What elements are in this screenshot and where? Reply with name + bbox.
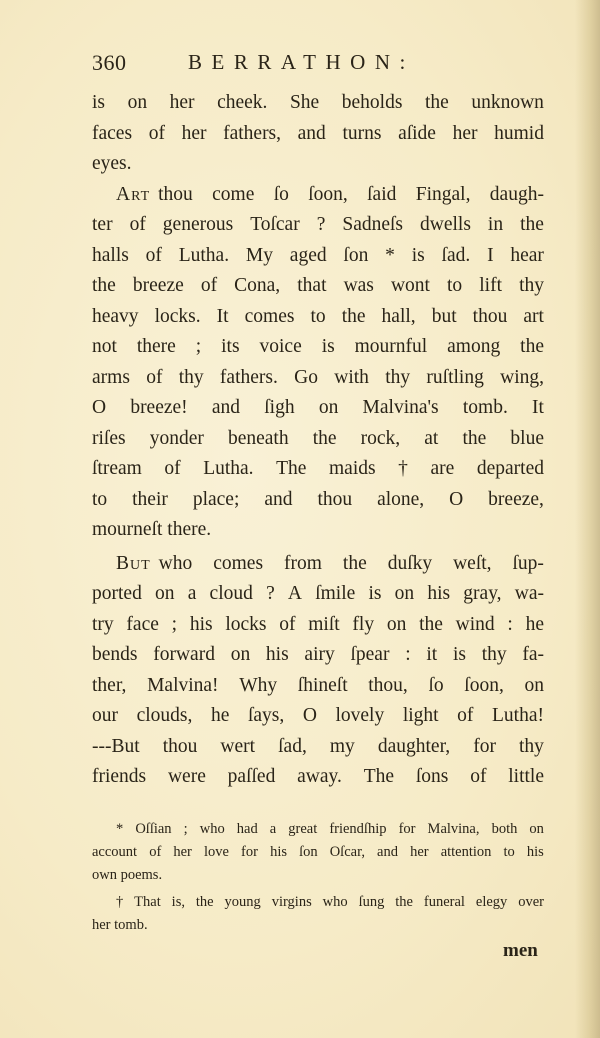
word: great (288, 818, 317, 841)
word: Oſcar, (330, 841, 365, 864)
word: her (173, 841, 192, 864)
word: ſoon, (464, 671, 504, 702)
word: A (288, 579, 302, 610)
running-title: BERRATHON: (188, 50, 415, 75)
word: little (508, 762, 544, 793)
word: of (457, 701, 473, 732)
word: were (168, 762, 206, 793)
word: to (447, 271, 462, 302)
word: both (492, 818, 518, 841)
word: her (410, 841, 429, 864)
word: ; (172, 610, 177, 641)
word: ? (266, 579, 275, 610)
text-line: ther,Malvina!Whyſhineſtthou,ſoſoon,on (92, 671, 544, 702)
word: mournful (355, 332, 428, 363)
word: locks. (155, 302, 201, 333)
word: wing, (500, 363, 544, 394)
word: O (303, 701, 317, 732)
word: miſt (308, 610, 339, 641)
word: among (447, 332, 500, 363)
word: away. (297, 762, 342, 793)
text-line: Obreeze!andſighonMalvina'stomb.It (92, 393, 544, 424)
word: over (518, 891, 544, 914)
word: elegy (476, 891, 507, 914)
body-text: isonhercheek.Shebeholdstheunknown faceso… (92, 88, 544, 793)
word: and (298, 119, 326, 150)
word: fathers. (220, 363, 278, 394)
text-line: tryface;hislocksofmiſtflyonthewind:he (92, 610, 544, 641)
word: ſmile (315, 579, 355, 610)
word: his (527, 841, 544, 864)
word: arms (92, 363, 130, 394)
word: * (116, 818, 123, 841)
word: tomb. (463, 393, 508, 424)
word: her (170, 88, 195, 119)
text-line: hallsofLutha.Myagedſon*isſad.Ihear (92, 241, 544, 272)
word: light (403, 701, 439, 732)
word: Why (239, 671, 277, 702)
text-line: thebreezeofCona,thatwaswonttoliftthy (92, 271, 544, 302)
word: he (211, 701, 229, 732)
word: Toſcar (250, 210, 300, 241)
word: the (425, 88, 449, 119)
word: the (419, 610, 443, 641)
word: beneath (228, 424, 289, 455)
word: The (364, 762, 394, 793)
word: ; (184, 818, 188, 841)
word: maids (329, 454, 376, 485)
word: come (212, 180, 254, 211)
word: and (377, 841, 398, 864)
word: ter (92, 210, 113, 241)
word: friends (92, 762, 146, 793)
word: voice (260, 332, 302, 363)
word: wind (456, 610, 495, 641)
word: cheek. (217, 88, 267, 119)
word: the (343, 549, 367, 580)
word: locks (225, 610, 266, 641)
word: I (487, 241, 494, 272)
text-line: heavylocks.Itcomestothehall,butthouart (92, 302, 544, 333)
word: his (190, 610, 213, 641)
word: ſtream (92, 454, 142, 485)
word: gray, (463, 579, 501, 610)
text-line: ourclouds,heſays,OlovelylightofLutha! (92, 701, 544, 732)
word: comes (245, 302, 295, 333)
word: departed (477, 454, 544, 485)
word: ſon (299, 841, 318, 864)
word: ---But (92, 732, 140, 763)
word: of (130, 210, 146, 241)
text-line: friendswerepaſſedaway.Theſonsoflittle (92, 762, 544, 793)
text-line-lead: But whocomesfromtheduſkyweſt,ſup- (92, 549, 544, 580)
word: on (231, 640, 251, 671)
word: to (92, 485, 107, 516)
text-line: facesofherfathers,andturnsaſideherhumid (92, 119, 544, 150)
word: wert (220, 732, 255, 763)
word: his (270, 841, 287, 864)
paragraph-lead-word: But (116, 549, 151, 580)
word: and (264, 485, 292, 516)
word: their (132, 485, 168, 516)
word: thou (473, 302, 508, 333)
word: in (488, 210, 503, 241)
word: ſup- (513, 549, 544, 580)
word: ther, (92, 671, 126, 702)
word: Go (294, 363, 318, 394)
text-line: armsofthyfathers.Gowiththyruſtlingwing, (92, 363, 544, 394)
word: the (196, 891, 214, 914)
word: who (200, 818, 225, 841)
word: fathers, (223, 119, 281, 150)
word: on (529, 818, 544, 841)
word: his (266, 640, 289, 671)
word: hall, (382, 302, 416, 333)
word: unknown (471, 88, 544, 119)
word: on (387, 610, 407, 641)
word: halls (92, 241, 129, 272)
footnote-line: *Oſſian;whohadagreatfriendſhipforMalvina… (92, 818, 544, 841)
footnote-line: accountofherloveforhisſonOſcar,andheratt… (92, 841, 544, 864)
word: : (405, 640, 410, 671)
word: O (92, 393, 106, 424)
word: riſes (92, 424, 126, 455)
word: dwells (420, 210, 471, 241)
word: That (134, 891, 161, 914)
text-line: terofgenerousToſcar?Sadneſsdwellsinthe (92, 210, 544, 241)
word: Fingal, (416, 180, 471, 211)
word: had (237, 818, 258, 841)
word: face (126, 610, 158, 641)
word: † (398, 454, 408, 485)
word: is (453, 640, 466, 671)
word: hear (510, 241, 544, 272)
word: love (204, 841, 229, 864)
word: alone, (377, 485, 424, 516)
word: thou (158, 180, 193, 211)
word: ſad. (442, 241, 471, 272)
word: it (426, 640, 437, 671)
word: my (330, 732, 355, 763)
word: cloud (210, 579, 253, 610)
footnote-line: her tomb. (92, 914, 544, 937)
word: are (430, 454, 454, 485)
word: the (520, 210, 544, 241)
word: virgins (272, 891, 312, 914)
footnote-line: †Thatis,theyoungvirginswhoſungthefuneral… (92, 891, 544, 914)
word: on (155, 579, 175, 610)
word: Cona, (234, 271, 280, 302)
word: faces (92, 119, 132, 150)
word: the (342, 302, 366, 333)
word: for (473, 732, 496, 763)
page-number: 360 (92, 50, 127, 76)
word: thy (482, 640, 507, 671)
word: friendſhip (329, 818, 386, 841)
word: humid (494, 119, 544, 150)
word: Lutha! (492, 701, 544, 732)
word: ſad, (278, 732, 307, 763)
word: ſhineſt (298, 671, 348, 702)
word: daugh- (490, 180, 544, 211)
word: its (221, 332, 239, 363)
word: forward (153, 640, 215, 671)
word: Sadneſs (342, 210, 403, 241)
word: and (212, 393, 240, 424)
word: the (395, 891, 413, 914)
word: The (276, 454, 306, 485)
word: wa- (515, 579, 544, 610)
word: of (470, 762, 486, 793)
word: of (149, 119, 165, 150)
word: ; (196, 332, 201, 363)
text-line-rest: thoucomeſoſoon,ſaidFingal,daugh- (158, 180, 544, 211)
word: the (462, 424, 486, 455)
word: of (146, 363, 162, 394)
word: but (432, 302, 457, 333)
word: lovely (335, 701, 384, 732)
word: who (323, 891, 348, 914)
word: thy (385, 363, 410, 394)
word: thou (163, 732, 198, 763)
word: lift (479, 271, 502, 302)
catchword: men (503, 940, 538, 962)
word: blue (510, 424, 544, 455)
word: beholds (342, 88, 403, 119)
text-line: ſtreamofLutha.Themaids†aredeparted (92, 454, 544, 485)
word: paſſed (228, 762, 276, 793)
word: rock, (361, 424, 401, 455)
word: a (188, 579, 197, 610)
word: ſons (416, 762, 449, 793)
word: daughter, (378, 732, 450, 763)
word: with (334, 363, 369, 394)
word: of (164, 454, 180, 485)
footnote-line: own poems. (92, 864, 544, 887)
word: on (395, 579, 415, 610)
word: our (92, 701, 118, 732)
word: for (241, 841, 258, 864)
word: Malvina's (363, 393, 439, 424)
word: † (116, 891, 123, 914)
text-line-rest: whocomesfromtheduſkyweſt,ſup- (159, 549, 544, 580)
word: the (92, 271, 116, 302)
word: bends (92, 640, 138, 671)
word: yonder (150, 424, 204, 455)
word: ſigh (264, 393, 294, 424)
word: at (424, 424, 438, 455)
word: ſaid (367, 180, 396, 211)
word: there (137, 332, 176, 363)
word: account (92, 841, 137, 864)
text-line: riſesyonderbeneaththerock,attheblue (92, 424, 544, 455)
word: of (146, 241, 162, 272)
word: thou, (368, 671, 408, 702)
word: Lutha. (203, 454, 253, 485)
page-header: 360 BERRATHON: (92, 50, 552, 80)
word: thou (317, 485, 352, 516)
word: fa- (522, 640, 544, 671)
word: It (532, 393, 544, 424)
word: not (92, 332, 117, 363)
word: of (279, 610, 295, 641)
book-page: 360 BERRATHON: isonhercheek.Shebeholdsth… (0, 0, 600, 1038)
word: thy (519, 732, 544, 763)
word: attention (441, 841, 492, 864)
word: place; (193, 485, 240, 516)
text-line: mourneſt there. (92, 515, 544, 546)
word: airy (304, 640, 334, 671)
word: ? (317, 210, 326, 241)
text-line: totheirplace;andthoualone,Obreeze, (92, 485, 544, 516)
word: turns (342, 119, 381, 150)
word: her (453, 119, 478, 150)
word: ſpear (350, 640, 389, 671)
word: She (290, 88, 319, 119)
word: a (270, 818, 276, 841)
word: * (385, 241, 395, 272)
text-line: eyes. (92, 149, 544, 180)
word: heavy (92, 302, 139, 333)
text-line: notthere;itsvoiceismournfulamongthe (92, 332, 544, 363)
text-line: isonhercheek.Shebeholdstheunknown (92, 88, 544, 119)
word: his (427, 579, 450, 610)
word: ported (92, 579, 142, 610)
word: to (504, 841, 515, 864)
word: breeze, (488, 485, 544, 516)
word: Oſſian (135, 818, 171, 841)
word: he (526, 610, 544, 641)
word: breeze! (130, 393, 187, 424)
word: is (92, 88, 105, 119)
text-line-lead: Art thoucomeſoſoon,ſaidFingal,daugh- (92, 180, 544, 211)
word: fly (352, 610, 374, 641)
paragraph-lead-word: Art (116, 180, 150, 211)
word: ſays, (248, 701, 284, 732)
text-line: bendsforwardonhisairyſpear:itisthyfa- (92, 640, 544, 671)
word: Malvina, (428, 818, 480, 841)
word: of (149, 841, 161, 864)
text-line: portedonacloud?Aſmileisonhisgray,wa- (92, 579, 544, 610)
word: Lutha. (179, 241, 229, 272)
word: It (217, 302, 229, 333)
word: is (322, 332, 335, 363)
word: on (128, 88, 148, 119)
text-line: ---Butthouwertſad,mydaughter,forthy (92, 732, 544, 763)
word: for (399, 818, 416, 841)
word: thy (519, 271, 544, 302)
word: on (525, 671, 545, 702)
word: of (201, 271, 217, 302)
footnotes: *Oſſian;whohadagreatfriendſhipforMalvina… (92, 818, 544, 937)
word: weſt, (453, 549, 491, 580)
word: ſung (359, 891, 385, 914)
word: who (159, 549, 193, 580)
word: on (319, 393, 339, 424)
word: funeral (424, 891, 465, 914)
word: generous (163, 210, 233, 241)
word: is (368, 579, 381, 610)
word: clouds, (137, 701, 193, 732)
word: art (523, 302, 544, 333)
word: thy (179, 363, 204, 394)
word: ſo (428, 671, 443, 702)
word: aged (290, 241, 327, 272)
word: ſon (343, 241, 368, 272)
word: ſo (274, 180, 289, 211)
word: duſky (388, 549, 432, 580)
word: breeze (133, 271, 184, 302)
word: comes (213, 549, 263, 580)
word: O (449, 485, 463, 516)
word: young (225, 891, 261, 914)
word: was (344, 271, 374, 302)
word: wont (391, 271, 430, 302)
word: aſide (398, 119, 436, 150)
word: ſoon, (308, 180, 348, 211)
word: from (284, 549, 322, 580)
word: : (507, 610, 512, 641)
word: the (520, 332, 544, 363)
word: Malvina! (147, 671, 218, 702)
word: try (92, 610, 114, 641)
word: ruſtling (426, 363, 483, 394)
word: the (313, 424, 337, 455)
word: is (412, 241, 425, 272)
word: to (310, 302, 325, 333)
word: her (182, 119, 207, 150)
word: My (246, 241, 273, 272)
word: that (297, 271, 326, 302)
word: is, (172, 891, 185, 914)
